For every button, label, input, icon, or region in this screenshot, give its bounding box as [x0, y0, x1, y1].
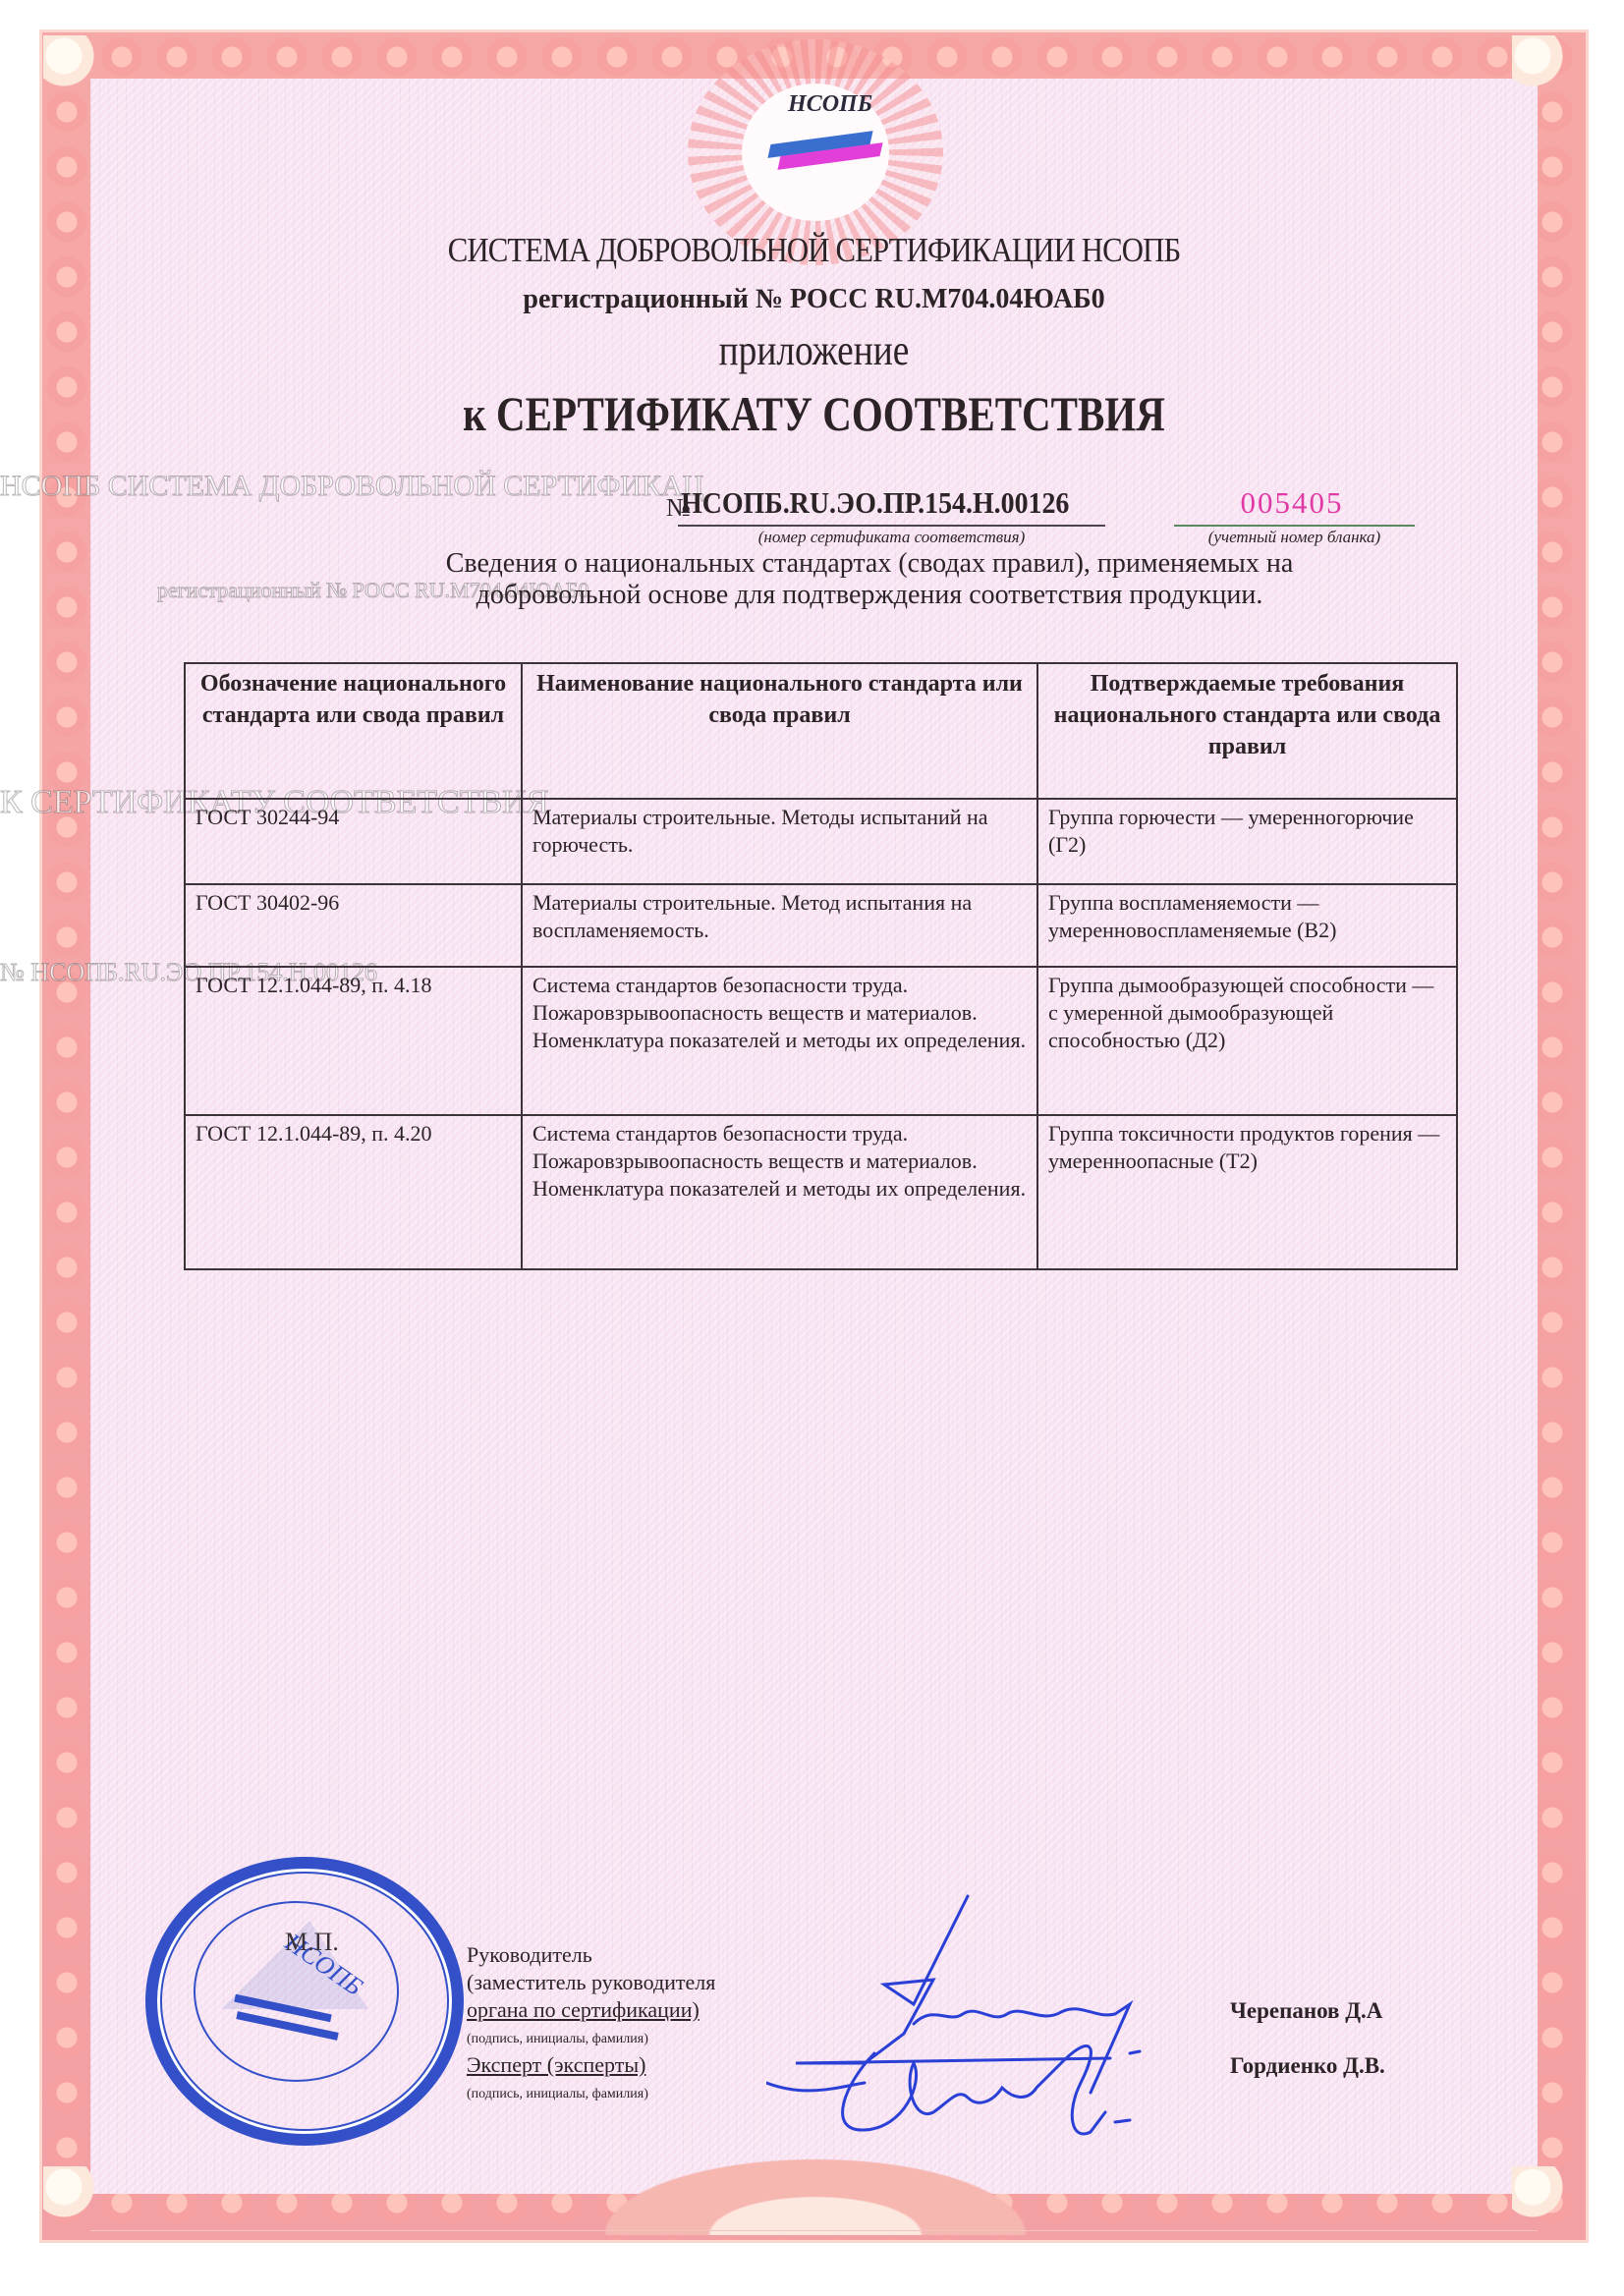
expert-signature-caption: (подпись, инициалы, фамилия) [467, 2081, 648, 2108]
corner-ornament-icon [43, 2166, 112, 2235]
cell-designation: ГОСТ 12.1.044-89, п. 4.18 [185, 967, 522, 1115]
cell-name: Материалы строительные. Методы испытаний… [522, 799, 1037, 884]
stamp-mark: М.П. [285, 1928, 339, 1957]
table-row: ГОСТ 12.1.044-89, п. 4.18 Система станда… [185, 967, 1457, 1115]
head-role-label: Руководитель [467, 1941, 592, 1969]
table-row: ГОСТ 12.1.044-89, п. 4.20 Система станда… [185, 1115, 1457, 1269]
cell-requirements: Группа воспламеняемости — умеренновоспла… [1037, 884, 1457, 967]
registration-number: регистрационный № РОСС RU.М704.04ЮАБ0 [90, 284, 1538, 315]
system-title: СИСТЕМА ДОБРОВОЛЬНОЙ СЕРТИФИКАЦИИ НСОПБ [177, 231, 1450, 270]
appendix-heading: приложение [198, 325, 1428, 375]
cell-requirements: Группа токсичности продуктов горения — у… [1037, 1115, 1457, 1269]
standards-table: Обозначение национального стандарта или … [184, 662, 1458, 1270]
certificate-number-caption: (номер сертификата соответствия) [678, 528, 1105, 547]
head-signature-caption: (подпись, инициалы, фамилия) [467, 2026, 648, 2053]
cell-requirements: Группа горючести — умеренногорючие (Г2) [1037, 799, 1457, 884]
certificate-title: к СЕРТИФИКАТУ СООТВЕТСТВИЯ [221, 385, 1408, 442]
intro-paragraph: Сведения о национальных стандартах (свод… [314, 548, 1425, 611]
footer-microprint [90, 2230, 1538, 2239]
corner-ornament-icon [1512, 35, 1581, 104]
cell-designation: ГОСТ 30402-96 [185, 884, 522, 967]
certificate-number: НСОПБ.RU.ЭО.ПР.154.Н.00126 [681, 485, 1070, 521]
corner-ornament-icon [43, 35, 112, 104]
cell-requirements: Группа дымообразующей способности — с ум… [1037, 967, 1457, 1115]
column-header-requirements: Подтверждаемые требования национального … [1037, 663, 1457, 799]
corner-ornament-icon [1512, 2166, 1581, 2235]
head-role-label-body: органа по сертификации) [467, 1996, 700, 2024]
head-role-label-deputy: (заместитель руководителя [467, 1969, 715, 1996]
intro-line-2: добровольной основе для подтверждения со… [314, 580, 1425, 611]
blank-number-underline [1174, 525, 1415, 527]
intro-line-1: Сведения о национальных стандартах (свод… [314, 548, 1425, 580]
expert-role-label: Эксперт (эксперты) [467, 2051, 645, 2079]
column-header-name: Наименование национального стандарта или… [522, 663, 1037, 799]
expert-signer-name: Гордиенко Д.В. [1230, 2053, 1385, 2079]
bottom-scroll-ornament [570, 2147, 1061, 2235]
nsopb-logo-text: НСОПБ [781, 91, 879, 118]
head-signer-name: Черепанов Д.А [1230, 1998, 1382, 2024]
cell-name: Система стандартов безопасности труда. П… [522, 967, 1037, 1115]
cell-name: Система стандартов безопасности труда. П… [522, 1115, 1037, 1269]
handwritten-signatures-icon [766, 1886, 1238, 2142]
cell-designation: ГОСТ 12.1.044-89, п. 4.20 [185, 1115, 522, 1269]
table-header-row: Обозначение национального стандарта или … [185, 663, 1457, 799]
certificate-number-underline [678, 525, 1105, 527]
table-row: ГОСТ 30244-94 Материалы строительные. Ме… [185, 799, 1457, 884]
blank-number-caption: (учетный номер бланка) [1174, 528, 1415, 547]
blank-number: 005405 [1169, 485, 1415, 521]
column-header-designation: Обозначение национального стандарта или … [185, 663, 522, 799]
table-row: ГОСТ 30402-96 Материалы строительные. Ме… [185, 884, 1457, 967]
cell-name: Материалы строительные. Метод испытания … [522, 884, 1037, 967]
cell-designation: ГОСТ 30244-94 [185, 799, 522, 884]
